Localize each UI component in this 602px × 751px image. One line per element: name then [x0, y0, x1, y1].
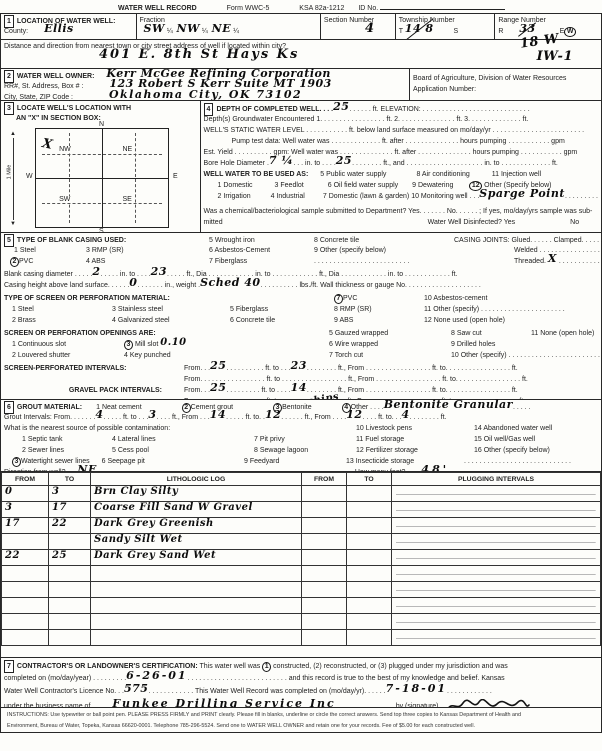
form-number: Form WWC-5 — [227, 5, 270, 12]
use-domestic-lawn: 7 Domestic (lawn & garden) — [323, 193, 409, 200]
contam-pit-privy: 7 Pit privy — [254, 434, 356, 445]
use-other-trailing-dots: . . . . . . . . . — [565, 193, 598, 200]
section6-title: GROUT MATERIAL: — [17, 404, 82, 411]
plug-from-header: FROM — [302, 473, 347, 486]
section-number-value: 4 — [365, 21, 375, 36]
contam-fuel: 11 Fuel storage — [356, 434, 474, 445]
screen-rmp: 8 RMP (SR) — [334, 304, 424, 315]
use-injection-well: 11 Injection well — [492, 171, 541, 178]
depth-completed-label: DEPTH OF COMPLETED WELL. . . . — [216, 106, 333, 113]
use-irrigation: 2 Irrigation — [218, 193, 251, 200]
casing-diameter-mid: . . . . . in. to . . . . — [100, 271, 150, 278]
one-mile-label: 1 Mile — [6, 165, 12, 180]
use-domestic: 1 Domestic — [218, 182, 253, 189]
litho-row-empty — [2, 582, 601, 598]
screen-interval-to-value: 23 — [291, 359, 307, 372]
contam-seepage-pit: 6 Seepage pit — [102, 458, 145, 465]
quarter-glyph: ¼ — [202, 28, 208, 35]
quadrant-nw-label: NW — [57, 146, 73, 153]
grout-sep3: . . . . . ft. to. . — [226, 414, 265, 421]
opening-saw-cut: 8 Saw cut — [451, 328, 531, 339]
use-feedlot: 3 Feedlot — [275, 182, 304, 189]
id-no-blank — [380, 2, 505, 10]
screen-none-used: 12 None used (open hole) — [424, 317, 505, 324]
gpi-post-label: . . . . . . . . ft., From . . . . . . . … — [307, 387, 518, 394]
spi-blank-line: From. . . . . . . . . . . . . . . . . ft… — [184, 376, 528, 383]
bore-hole-label: Bore Hole Diameter . — [204, 160, 269, 167]
grout-to3-value: 4 — [401, 408, 409, 421]
litho-from-value: 17 — [5, 518, 20, 529]
quadrant-sw-label: SW — [57, 196, 72, 203]
bore-hole-depth-value: 25 — [336, 154, 352, 167]
distance-value: 401 E. 8th St Hays Ks — [99, 47, 299, 62]
bore-hole-mid-label: . . . in. to . . . . — [293, 160, 335, 167]
distance-row: Distance and direction from nearest town… — [0, 39, 602, 69]
grid-horizontal-center — [36, 178, 168, 179]
litho-log-header: LITHOLOGIC LOG — [91, 473, 302, 486]
use-oil-field: 6 Oil field water supply — [328, 182, 398, 189]
opening-torch-cut: 7 Torch cut — [329, 350, 451, 361]
mile-line — [13, 138, 14, 220]
county-value: Ellis — [44, 22, 74, 35]
cert-intro: This water well was — [200, 663, 261, 670]
litho-log-value: Sandy Silt Wet — [94, 534, 183, 545]
screen-abs: 9 ABS — [334, 315, 424, 326]
casing-other: 9 Other (specify below) — [314, 245, 454, 256]
application-number-label: Application Number: — [413, 86, 476, 93]
casing-height-value: 0 — [129, 276, 137, 289]
form-title: WATER WELL RECORD — [118, 5, 197, 12]
litho-row-empty — [2, 566, 601, 582]
contam-cess-pool: 5 Cess pool — [112, 445, 254, 456]
county-label: County: — [4, 28, 28, 35]
casing-pvc-circled-number: 2 — [10, 257, 19, 267]
lithologic-log-table: FROM TO LITHOLOGIC LOG FROM TO PLUGGING … — [1, 472, 601, 646]
section5-title: TYPE OF BLANK CASING USED: — [17, 237, 126, 244]
section7-number: 7 — [4, 660, 14, 673]
contam-sewer: 2 Sewer lines — [22, 445, 112, 456]
section3-title-line1: LOCATE WELL'S LOCATION WITH — [17, 105, 131, 112]
section-grid: NW NE SW SE X — [35, 128, 169, 228]
section3-locate-box: 3LOCATE WELL'S LOCATION WITH AN "X" IN S… — [1, 101, 200, 232]
well-location-x-mark: X — [42, 144, 52, 146]
casing-diameter-label: Blank casing diameter . . . . . — [4, 271, 92, 278]
fraction-2-value: NW — [177, 22, 200, 35]
range-prefix: R — [498, 28, 503, 35]
grout-bentonite-label: Bentonite — [282, 404, 312, 411]
litho-row: 1722Dark Grey Greenish — [2, 518, 601, 534]
litho-log-value: Dark Grey Greenish — [94, 518, 214, 529]
screen-stainless: 3 Stainless steel — [112, 304, 230, 315]
chem-sample-line2: mitted — [204, 219, 223, 226]
contam-watertight-circled-number: 3 — [12, 457, 21, 467]
id-no-label: ID No. — [358, 5, 378, 12]
litho-to-header: TO — [49, 473, 91, 486]
record-date-dots: . . . . . . . . . . . . — [447, 688, 492, 695]
contam-sewage-lagoon: 8 Sewage lagoon — [254, 445, 356, 456]
township-suffix: S — [454, 28, 459, 35]
range-correction-value: 18 W — [520, 39, 559, 44]
est-yield-line: Est. Yield . . . . . . . . . . gpm: Well… — [204, 149, 578, 156]
litho-row-empty — [2, 598, 601, 614]
spi-post-label: . . . . . . . . ft., From . . . . . . . … — [307, 365, 518, 372]
screen-concrete-tile: 6 Concrete tile — [230, 315, 334, 326]
grout-intervals-pre: Grout Intervals: From. . . . . . . — [4, 414, 95, 421]
opening-wire-wrapped: 6 Wire wrapped — [329, 339, 451, 350]
screen-brass: 2 Brass — [12, 315, 112, 326]
ksa-statute: KSA 82a-1212 — [299, 5, 344, 12]
static-water-level-line: WELL'S STATIC WATER LEVEL . . . . . . . … — [204, 127, 585, 134]
litho-row: 03Brn Clay Silty — [2, 486, 601, 502]
section2-owner: 2WATER WELL OWNER: Kerr McGee Refining C… — [0, 68, 602, 101]
litho-row: 317Coarse Fill Sand W Gravel — [2, 502, 601, 518]
licence-no-label: Water Well Contractor's Licence No. . . — [4, 688, 124, 695]
compass-north-label: N — [99, 121, 104, 128]
instructions-line1: INSTRUCTIONS: Use typewriter or ball poi… — [7, 711, 595, 719]
opening-drilled-holes: 9 Drilled holes — [451, 341, 495, 348]
instructions-block: INSTRUCTIONS: Use typewriter or ball poi… — [0, 707, 602, 733]
grid-dashed-h2 — [42, 203, 162, 204]
contam-lateral: 4 Lateral lines — [112, 434, 254, 445]
quarter-glyph: ¼ — [167, 28, 173, 35]
grout-sep2: . . . . ft., From . . . — [156, 414, 209, 421]
gpi-mid-label: . . . . . . . . . ft. to . . . . — [226, 387, 290, 394]
wall-thickness-label: . . . . . . . . . . lbs./ft. Wall thickn… — [261, 282, 481, 289]
gravel-pack-title: GRAVEL PACK INTERVALS: — [4, 385, 184, 396]
screen-fiberglass: 5 Fiberglass — [230, 304, 334, 315]
opening-continuous-slot: 1 Continuous slot — [12, 339, 124, 350]
screen-material-title: TYPE OF SCREEN OR PERFORATION MATERIAL: — [4, 293, 334, 304]
section3-4-row: 3LOCATE WELL'S LOCATION WITH AN "X" IN S… — [0, 100, 602, 233]
opening-mill-slot-label: Mill slot — [135, 341, 158, 348]
casing-other-dots: . . . . . . . . . . . . . . . . . . . . … — [314, 256, 454, 267]
screen-other: 11 Other (specify) . . . . . . . . . . .… — [424, 306, 565, 313]
disinfected-no-label: No — [570, 219, 579, 226]
use-industrial: 4 Industrial — [271, 193, 305, 200]
casing-abs: 4 ABS — [86, 258, 105, 265]
use-air-conditioning: 8 Air conditioning — [416, 171, 469, 178]
completed-on-label: completed on (mo/day/year) . . . . . . .… — [4, 675, 126, 682]
fraction-3-value: NE — [212, 22, 231, 35]
litho-log-value: Coarse Fill Sand W Gravel — [94, 502, 253, 513]
screen-intervals-title: SCREEN-PERFORATED INTERVALS: — [4, 363, 184, 374]
litho-from-header: FROM — [2, 473, 49, 486]
chem-sample-line: Was a chemical/bacteriological sample su… — [204, 208, 593, 215]
contam-oil-gas-well: 15 Oil well/Gas well — [474, 436, 535, 443]
range-west-circled: W — [564, 27, 576, 37]
water-use-title: WELL WATER TO BE USED AS: — [204, 171, 309, 178]
casing-steel: 1 Steel — [14, 245, 86, 256]
litho-from-value: 0 — [5, 486, 12, 497]
section2-title: WATER WELL OWNER: — [17, 73, 95, 80]
elevation-label: . . . . . . ft. ELEVATION: . . . . . . .… — [349, 106, 529, 113]
quadrant-ne-label: NE — [120, 146, 134, 153]
casing-fiberglass: 7 Fiberglass — [209, 256, 314, 267]
board-of-agriculture-label: Board of Agriculture, Division of Water … — [413, 75, 566, 82]
quarter-glyph: ¼ — [233, 28, 239, 35]
litho-header-row: FROM TO LITHOLOGIC LOG FROM TO PLUGGING … — [2, 473, 601, 486]
casing-weight-value: Sched 40 — [200, 276, 260, 289]
section1-location: 1LOCATION OF WATER WELL: County: Ellis F… — [0, 13, 602, 40]
arrow-up-icon: ▲ — [10, 131, 16, 137]
plugging-intervals-header: PLUGGING INTERVALS — [392, 473, 601, 486]
screen-steel: 1 Steel — [12, 304, 112, 315]
opening-mill-slot-circled-number: 3 — [124, 340, 133, 350]
litho-row: Sandy Silt Wet — [2, 534, 601, 550]
grout-to2-value: 12 — [265, 408, 281, 421]
casing-height-label: Casing height above land surface. . . . … — [4, 282, 129, 289]
opening-other: 10 Other (specify) . . . . . . . . . . .… — [451, 352, 602, 359]
litho-row-empty — [2, 614, 601, 630]
litho-row-empty — [2, 630, 601, 646]
address-label: RR#, St. Address, Box # : — [4, 83, 83, 90]
litho-to-value: 22 — [52, 518, 67, 529]
cert-true-statement: . . . . . . . . . . . . . . . . . . . . … — [188, 675, 505, 682]
contam-feedyard: 9 Feedyard — [244, 456, 346, 467]
litho-from-value: 3 — [5, 502, 12, 513]
cert-options: constructed, (2) reconstructed, or (3) p… — [273, 663, 508, 670]
use-other-value: Sparge Point — [479, 187, 565, 200]
fraction-1-value: SW — [144, 22, 165, 35]
casing-weight-label: . . . . . . . in., weight . — [137, 282, 200, 289]
section3-title-line2: AN "X" IN SECTION BOX: — [16, 115, 101, 122]
gpi-from-label: From. . . — [184, 387, 210, 394]
record-date-value: 7-18-01 — [386, 682, 447, 695]
grout-to1-value: 3 — [148, 408, 156, 421]
opening-gauzed: 5 Gauzed wrapped — [329, 328, 451, 339]
contamination-question: What is the nearest source of possible c… — [4, 423, 356, 434]
casing-joints-glued-clamped: CASING JOINTS: Glued. . . . . . Clamped.… — [454, 237, 602, 244]
compass-east-label: E — [173, 173, 178, 180]
form-header: WATER WELL RECORD Form WWC-5 KSA 82a-121… — [0, 0, 602, 14]
spi-from-label: From. . . — [184, 365, 210, 372]
casing-depth-value: 23 — [151, 265, 167, 278]
grid-dashed-v2 — [135, 133, 136, 223]
casing-joints-welded: Welded . . . . . . . . . . . . . . . . .… — [514, 247, 602, 254]
contam-septic: 1 Septic tank — [22, 434, 112, 445]
grout-from2-value: 14 — [210, 408, 226, 421]
casing-joints-threaded: Threaded. — [514, 258, 546, 265]
litho-to-value: 25 — [52, 550, 67, 561]
grout-other-dots: . . . . . — [513, 404, 531, 411]
bore-hole-diameter-value: 7 ¼ — [269, 154, 293, 167]
township-prefix: T — [399, 28, 403, 35]
mill-slot-size-value: 0.10 — [160, 337, 186, 348]
litho-log-value: Brn Clay Silty — [94, 486, 178, 497]
contam-abandoned-well: 14 Abandoned water well — [474, 425, 552, 432]
section4-depth: 4DEPTH OF COMPLETED WELL. . . .25. . . .… — [200, 101, 601, 232]
litho-log-value: Dark Grey Sand Wet — [94, 550, 216, 561]
grout-sep5: . . . . ft. to. . . — [363, 414, 402, 421]
use-monitoring-well: 10 Monitoring well . . . — [411, 193, 479, 200]
contam-other: 16 Other (specify below) — [474, 447, 550, 454]
completion-date-value: 6-26-01 — [126, 669, 187, 682]
lithologic-log-section: FROM TO LITHOLOGIC LOG FROM TO PLUGGING … — [0, 471, 602, 658]
screen-pvc-label: PVC — [343, 295, 357, 302]
screen-pvc-circled-number: 7 — [334, 294, 343, 304]
litho-to-value: 17 — [52, 502, 67, 513]
section6-grout: 6GROUT MATERIAL:1 Neat cement2Cement gro… — [0, 399, 602, 472]
contam-livestock: 10 Livestock pens — [356, 423, 474, 434]
casing-rmp: 3 RMP (SR) — [86, 247, 124, 254]
screen-asbestos: 10 Asbestos-cement — [424, 295, 487, 302]
contam-other-dots: . . . . . . . . . . . . . . . . . . . . … — [464, 458, 571, 465]
litho-to-value: 3 — [52, 486, 59, 497]
grout-sep1: . . . . . ft. to . . . — [104, 414, 149, 421]
quadrant-se-label: SE — [120, 196, 133, 203]
gravel-interval-from-value: 25 — [210, 381, 226, 394]
licence-no-value: 575 — [124, 682, 148, 695]
one-mile-scale: ▲ 1 Mile ▼ — [9, 131, 19, 227]
grout-sep4: . . . . . . ft., From . . . . — [281, 414, 346, 421]
section7-certification: 7CONTRACTOR'S OR LANDOWNER'S CERTIFICATI… — [0, 657, 602, 708]
opening-none: 11 None (open hole) — [531, 330, 594, 337]
screen-galvanized: 4 Galvanized steel — [112, 315, 230, 326]
contam-fertilizer: 12 Fertilizer storage — [356, 445, 474, 456]
arrow-down-icon: ▼ — [10, 221, 16, 227]
litho-row: 2225Dark Grey Sand Wet — [2, 550, 601, 566]
threaded-x-mark: X — [548, 252, 557, 265]
pump-test-line: Pump test data: Well water was . . . . .… — [232, 138, 565, 145]
use-dewatering: 9 Dewatering — [412, 182, 453, 189]
constructed-circled-number: 1 — [262, 662, 271, 672]
bore-hole-post-label: . . . . . . . . ft., and . . . . . . . .… — [352, 160, 558, 167]
casing-diameter-value: 2 — [92, 265, 100, 278]
opening-louvered: 2 Louvered shutter — [12, 350, 124, 361]
grout-from3-value: 12 — [346, 408, 362, 421]
instructions-line2: Environment, Bureau of Water, Topeka, Ka… — [7, 722, 595, 730]
plug-to-header: TO — [347, 473, 392, 486]
casing-pvc-label: PVC — [19, 258, 33, 265]
threaded-dots: . . . . . . . . . . . . . . — [559, 258, 602, 265]
depth-completed-value: 25 — [333, 100, 349, 113]
water-well-record-form: WATER WELL RECORD Form WWC-5 KSA 82a-121… — [0, 0, 602, 751]
groundwater-encountered-line: Depth(s) Groundwater Encountered 1. . . … — [204, 116, 529, 123]
gravel-interval-to-value: 14 — [291, 381, 307, 394]
use-public-supply: 5 Public water supply — [320, 171, 386, 178]
section5-casing: 5TYPE OF BLANK CASING USED:5 Wrought iro… — [0, 232, 602, 400]
spi-mid-label: . . . . . . . . . . ft. to . . . — [226, 365, 290, 372]
litho-from-value: 22 — [5, 550, 20, 561]
compass-west-label: W — [26, 173, 33, 180]
record-completed-label: . . . . . . . . . . . . This Water Well … — [148, 688, 385, 695]
grout-sep6: . . . . . . . . ft. — [410, 414, 447, 421]
section3-number: 3 — [4, 102, 14, 115]
grout-from1-value: 4 — [95, 408, 103, 421]
screen-interval-from-value: 25 — [210, 359, 226, 372]
disinfected-label: Water Well Disinfected? Yes — [428, 219, 516, 226]
casing-asbestos-cement: 6 Asbestos-Cement — [209, 245, 314, 256]
grid-dashed-h1 — [42, 154, 162, 155]
